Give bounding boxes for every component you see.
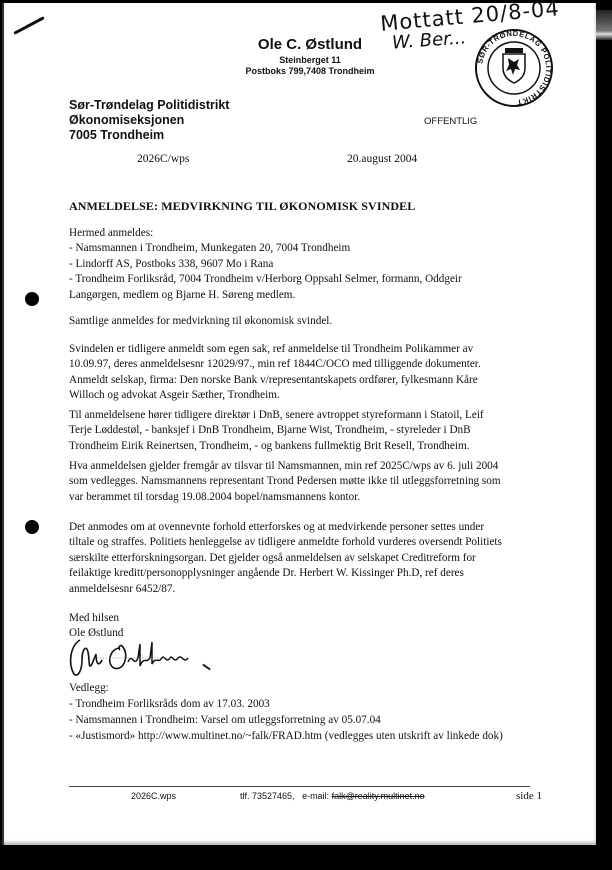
intro-section: Hermed anmeldes: - Namsmannen i Trondhei… bbox=[69, 226, 569, 303]
police-district-stamp: SØR-TRØNDELAG POLITIDISTRIKT bbox=[474, 28, 554, 108]
handwritten-signature bbox=[66, 634, 216, 678]
attachment-item: - «Justismord» http://www.multinet.no/~f… bbox=[69, 728, 569, 744]
text-line: Anmeldt selskap, firma: Den norske Bank … bbox=[69, 373, 569, 388]
text-line: Det anmodes om at ovennevnte forhold ett… bbox=[69, 520, 569, 535]
footer-phone: tlf. 73527465, bbox=[240, 791, 295, 801]
text-line: Svindelen er tidligere anmeldt som egen … bbox=[69, 342, 569, 357]
text-line: Samtlige anmeldes for medvirkning til øk… bbox=[69, 314, 569, 329]
scan-edge-shadow bbox=[596, 10, 612, 40]
attachment-item: - Trondheim Forliksråds dom av 17.03. 20… bbox=[69, 696, 569, 712]
recipient-address: Sør-Trøndelag Politidistrikt Økonomiseks… bbox=[69, 98, 229, 143]
accused-item: Langørgen, medlem og Bjarne H. Søreng me… bbox=[69, 288, 569, 303]
coat-of-arms-lion-icon bbox=[503, 48, 525, 83]
sender-name: Ole C. Østlund bbox=[200, 36, 420, 53]
recipient-line: Sør-Trøndelag Politidistrikt bbox=[69, 98, 229, 113]
text-line: Willoch og advokat Asgeir Sæther, Trondh… bbox=[69, 388, 569, 403]
footer-email: falk@reality.multinet.no bbox=[332, 791, 425, 801]
footer-email-label: e-mail: bbox=[302, 791, 329, 801]
text-line: Til anmeldelsene hører tidligere direktø… bbox=[69, 408, 569, 423]
accused-item: - Namsmannen i Trondheim, Munkegaten 20,… bbox=[69, 241, 569, 256]
attachment-item: - Namsmannen i Trondheim: Varsel om utle… bbox=[69, 712, 569, 728]
text-line: 10.09.97, deres anmeldelsesnr 12029/97.,… bbox=[69, 357, 569, 372]
recipient-line: 7005 Trondheim bbox=[69, 128, 229, 143]
punch-hole bbox=[25, 292, 39, 306]
sender-postbox: Postboks 799,7408 Trondheim bbox=[200, 66, 420, 77]
paragraph-1: Samtlige anmeldes for medvirkning til øk… bbox=[69, 314, 569, 329]
classification-label: OFFENTLIG bbox=[424, 116, 477, 127]
closing-greeting: Med hilsen bbox=[69, 611, 123, 626]
paragraph-5: Det anmodes om at ovennevnte forhold ett… bbox=[69, 520, 569, 597]
paragraph-2: Svindelen er tidligere anmeldt som egen … bbox=[69, 342, 569, 404]
sender-street: Steinberget 11 bbox=[200, 55, 420, 66]
text-line: som vedlegges. Namsmannens representant … bbox=[69, 474, 569, 489]
punch-hole bbox=[25, 520, 39, 534]
page-number: side 1 bbox=[516, 790, 542, 802]
intro-lead: Hermed anmeldes: bbox=[69, 226, 569, 241]
attachments-section: Vedlegg: - Trondheim Forliksråds dom av … bbox=[69, 680, 569, 744]
sender-address: Steinberget 11 Postboks 799,7408 Trondhe… bbox=[200, 55, 420, 77]
text-line: tiltale og straffes. Politiets henleggel… bbox=[69, 535, 569, 550]
paragraph-4: Hva anmeldelsen gjelder fremgår av tilsv… bbox=[69, 459, 569, 505]
paragraph-3: Til anmeldelsene hører tidligere direktø… bbox=[69, 408, 569, 454]
text-line: Trondheim Eirik Reinertsen, Trondheim, -… bbox=[69, 439, 569, 454]
footer-divider bbox=[69, 786, 530, 787]
text-line: særskilte etterforskningsorgan. Det gjel… bbox=[69, 551, 569, 566]
text-line: Hva anmeldelsen gjelder fremgår av tilsv… bbox=[69, 459, 569, 474]
letter-date: 20.august 2004 bbox=[347, 153, 417, 165]
recipient-line: Økonomiseksjonen bbox=[69, 113, 229, 128]
text-line: feilaktige kreditt/personopplysninger an… bbox=[69, 566, 569, 581]
footer-contact: tlf. 73527465, e-mail: falk@reality.mult… bbox=[240, 791, 425, 801]
attachments-label: Vedlegg: bbox=[69, 680, 569, 696]
reference-number: 2026C/wps bbox=[137, 153, 189, 165]
footer-filename: 2026C.wps bbox=[131, 791, 176, 801]
accused-item: - Lindorff AS, Postboks 338, 9607 Mo i R… bbox=[69, 257, 569, 272]
accused-item: - Trondheim Forliksråd, 7004 Trondheim v… bbox=[69, 272, 569, 287]
letter-title: ANMELDELSE: MEDVIRKNING TIL ØKONOMISK SV… bbox=[69, 199, 415, 214]
text-line: var berammet til torsdag 19.08.2004 bope… bbox=[69, 490, 569, 505]
text-line: anmeldelsesnr 6452/87. bbox=[69, 582, 569, 597]
text-line: Terje Løddestøl, - banksjef i DnB Trondh… bbox=[69, 423, 569, 438]
